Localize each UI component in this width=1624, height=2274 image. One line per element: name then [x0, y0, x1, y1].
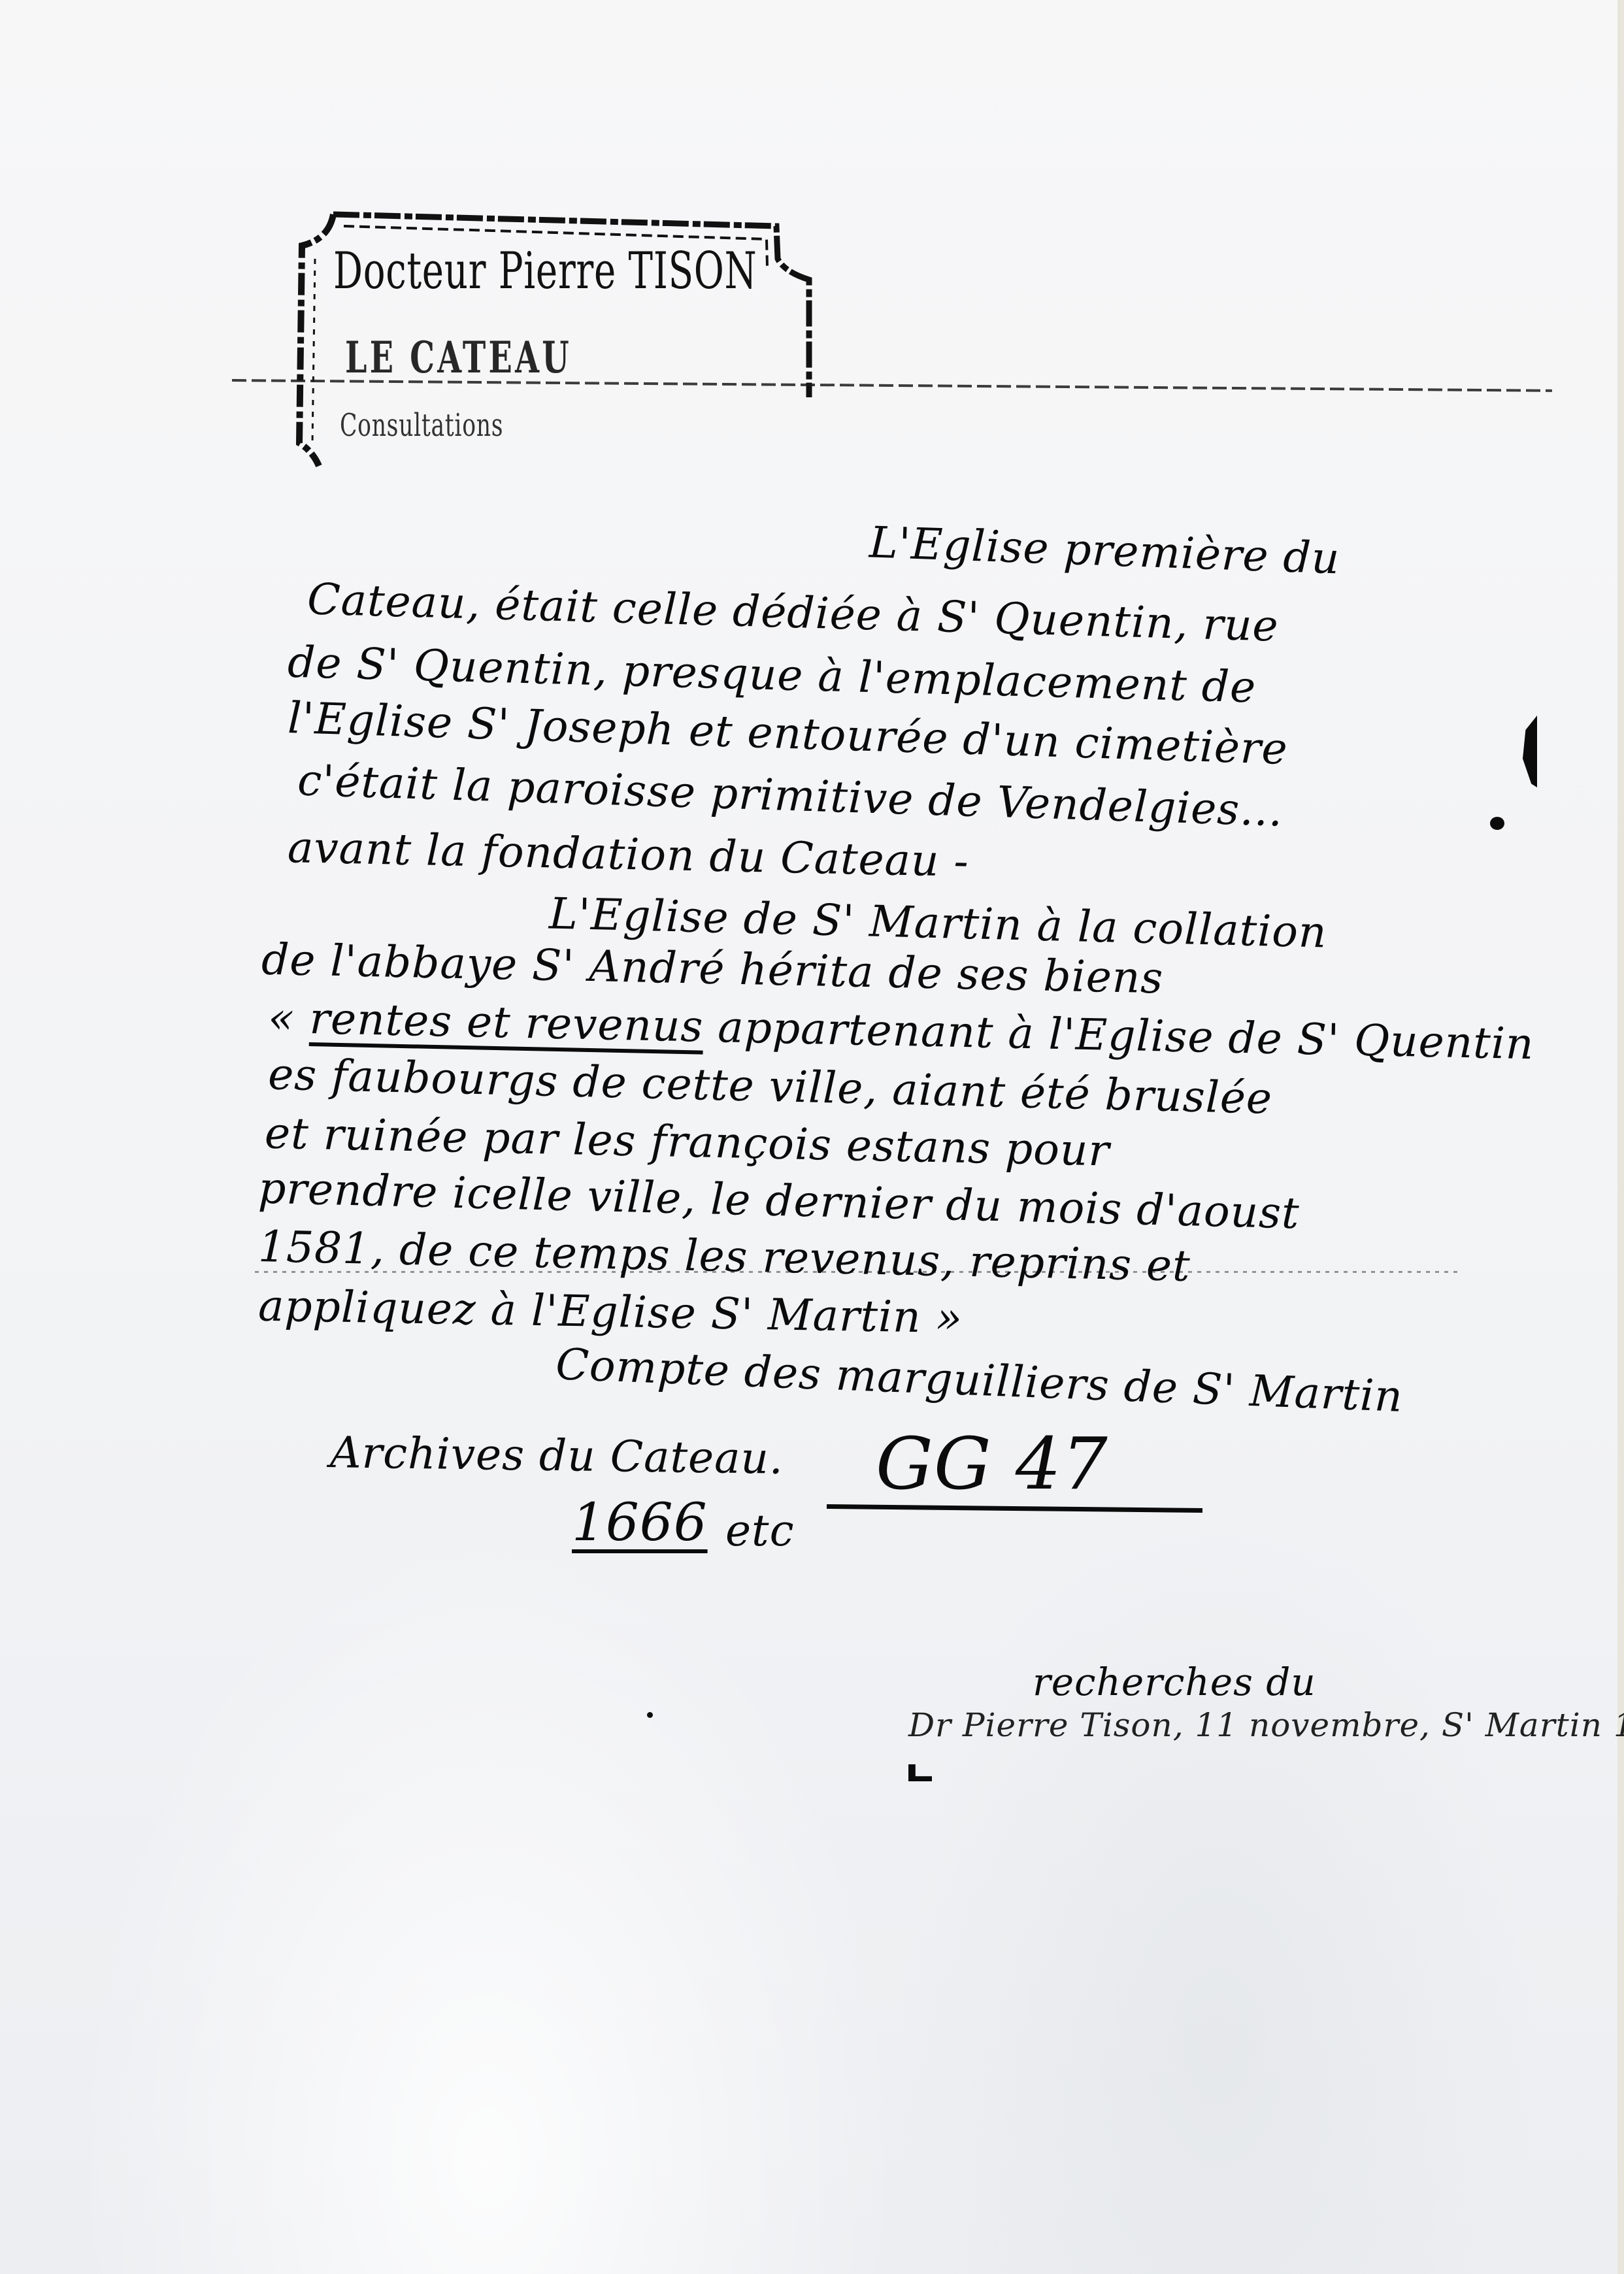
- archive-etc: etc: [725, 1509, 795, 1553]
- stamp-doctor-name: Docteur Pierre TISON: [333, 242, 757, 301]
- ink-blot: [647, 1712, 653, 1718]
- doctor-stamp: Docteur Pierre TISON LE CATEAU Consultat…: [293, 208, 816, 482]
- signature-line-2: Dr Pierre Tison, 11 novembre, S' Martin …: [908, 1709, 1624, 1741]
- signature-line-1: recherches du: [1033, 1663, 1316, 1701]
- archive-year: 1666: [572, 1496, 708, 1549]
- archive-code: GG 47: [876, 1428, 1108, 1500]
- underlined-phrase: rentes et revenus: [309, 993, 704, 1052]
- ink-blot: [1490, 817, 1504, 830]
- paper-edge: [1617, 0, 1624, 2274]
- stamp-consultations: Consultations: [340, 407, 503, 444]
- stamp-city: LE CATEAU: [345, 332, 572, 383]
- text-line: appliquez à l'Eglise S' Martin »: [258, 1285, 963, 1340]
- archive-label: Archives du Cateau.: [330, 1431, 784, 1481]
